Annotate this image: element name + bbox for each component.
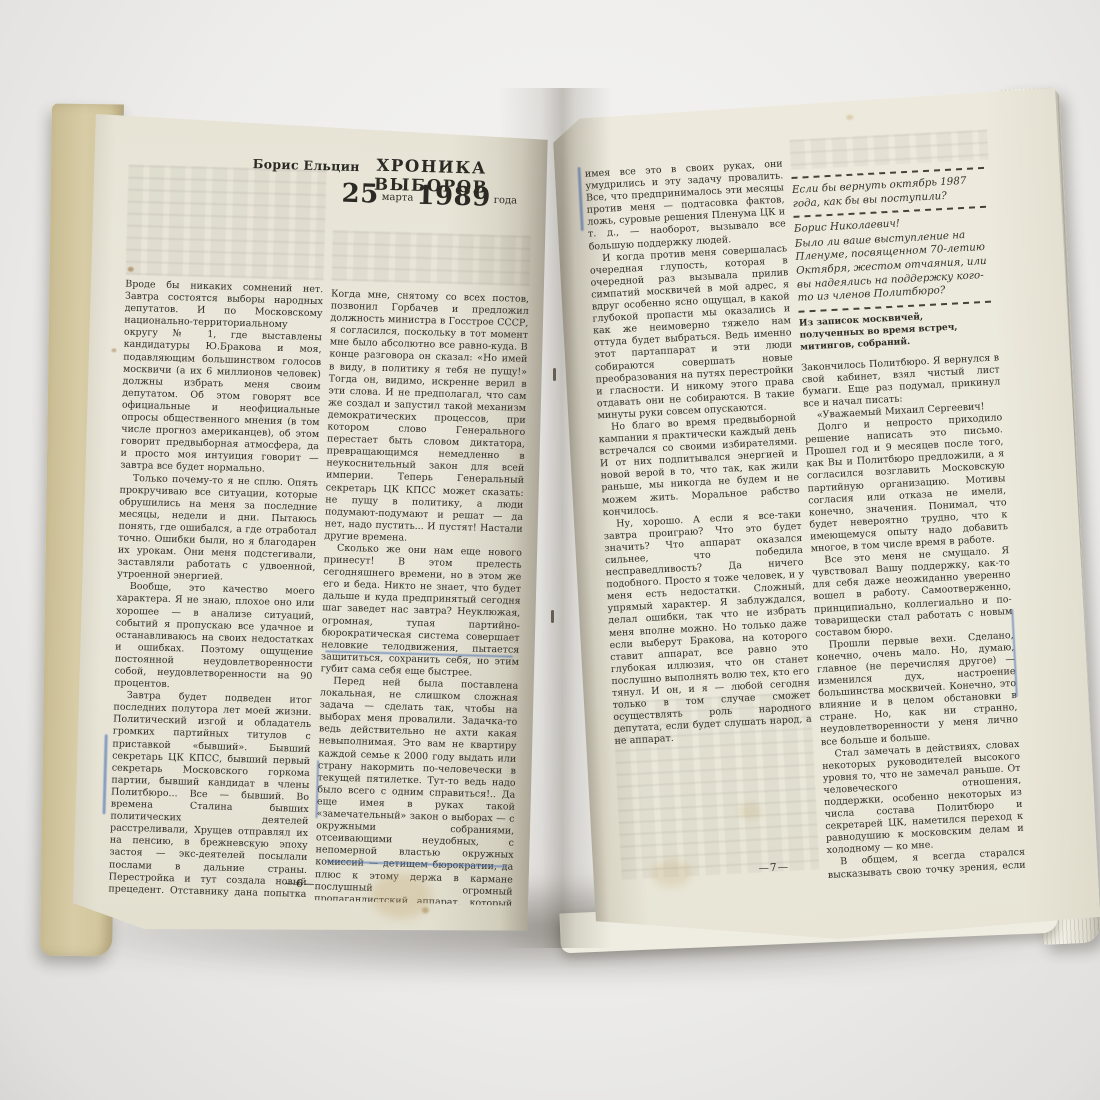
- paragraph: Когда мне, снятому со всех постов, позво…: [324, 288, 529, 547]
- paragraph: Долго и непросто приходило решение напис…: [804, 412, 1009, 555]
- paragraph: Но благо во время предвыборной кампании …: [598, 412, 801, 519]
- date-year-word: года: [491, 195, 521, 207]
- stitch-mark: [553, 368, 556, 381]
- photo-backdrop: Борис Ельцин ХРОНИКА ВЫБОРОВ 25марта1989…: [0, 0, 1100, 1100]
- date-year: 1989: [416, 181, 491, 213]
- paragraph: Перед ней была поставлена локальная, не …: [314, 675, 518, 905]
- paragraph: Вообще, это качество моего характера. Я …: [114, 581, 315, 695]
- paragraph: Ну, хорошо. А если я все-таки завтра про…: [603, 509, 813, 749]
- stitch-mark: [551, 610, 554, 623]
- paragraph: Завтра будет подведен итог последних пол…: [108, 690, 312, 900]
- notes-source: Из записок москвичей, полученных во врем…: [799, 307, 999, 354]
- paragraph: Вроде бы никаких сомнений нет. Завтра со…: [120, 279, 323, 478]
- chronicle-date: 25марта1989года: [325, 178, 538, 214]
- left-page: Борис Ельцин ХРОНИКА ВЫБОРОВ 25марта1989…: [71, 106, 550, 942]
- page-number: —7—: [758, 861, 789, 875]
- blue-margin-mark: [577, 167, 583, 231]
- page-stain: [128, 267, 134, 272]
- page-stain: [422, 907, 429, 913]
- paragraph: Сколько же они нам еще нового принесут! …: [320, 542, 522, 681]
- paragraph: И когда против меня совершалась очередна…: [589, 243, 796, 422]
- date-day: 25: [341, 179, 379, 210]
- page-stain: [111, 348, 116, 352]
- date-month: марта: [379, 192, 417, 204]
- right-page-column-2: Если бы вернуть октябрь 1987 года, как б…: [790, 148, 1026, 883]
- bleed-through: [331, 230, 530, 286]
- page-stain: [846, 115, 853, 120]
- right-page-column-1: имея все это в своих руках, они умудрили…: [585, 158, 821, 893]
- left-page-column-2: Когда мне, снятому со всех постов, позво…: [314, 284, 529, 905]
- right-page-text-columns: имея все это в своих руках, они умудрили…: [585, 148, 1026, 894]
- readers-notes-box: Если бы вернуть октябрь 1987 года, как б…: [790, 148, 998, 355]
- reader-question: Было ли ваше выступление на Пленуме, пос…: [794, 227, 995, 305]
- left-page-column-1: Вроде бы никаких сомнений нет. Завтра со…: [108, 279, 323, 900]
- paragraph: Все это меня не смущало. Я чувствовал Ва…: [811, 545, 1013, 640]
- paragraph: Стал замечать в действиях, словах некото…: [821, 738, 1024, 857]
- right-page: имея все это в своих руках, они умудрили…: [552, 86, 1100, 953]
- left-page-text-columns: Вроде бы никаких сомнений нет. Завтра со…: [108, 279, 529, 906]
- paragraph: Только почему-то я не сплю. Опять прокру…: [117, 472, 318, 586]
- reader-question: Если бы вернуть октябрь 1987 года, как б…: [792, 174, 991, 212]
- paragraph: имея все это в своих руках, они умудрили…: [585, 158, 787, 253]
- page-number: —6—: [284, 877, 315, 890]
- paragraph: Прошли первые вехи. Сделано, конечно, оч…: [816, 630, 1019, 749]
- bleed-through: [126, 165, 327, 280]
- blue-margin-mark: [103, 734, 108, 814]
